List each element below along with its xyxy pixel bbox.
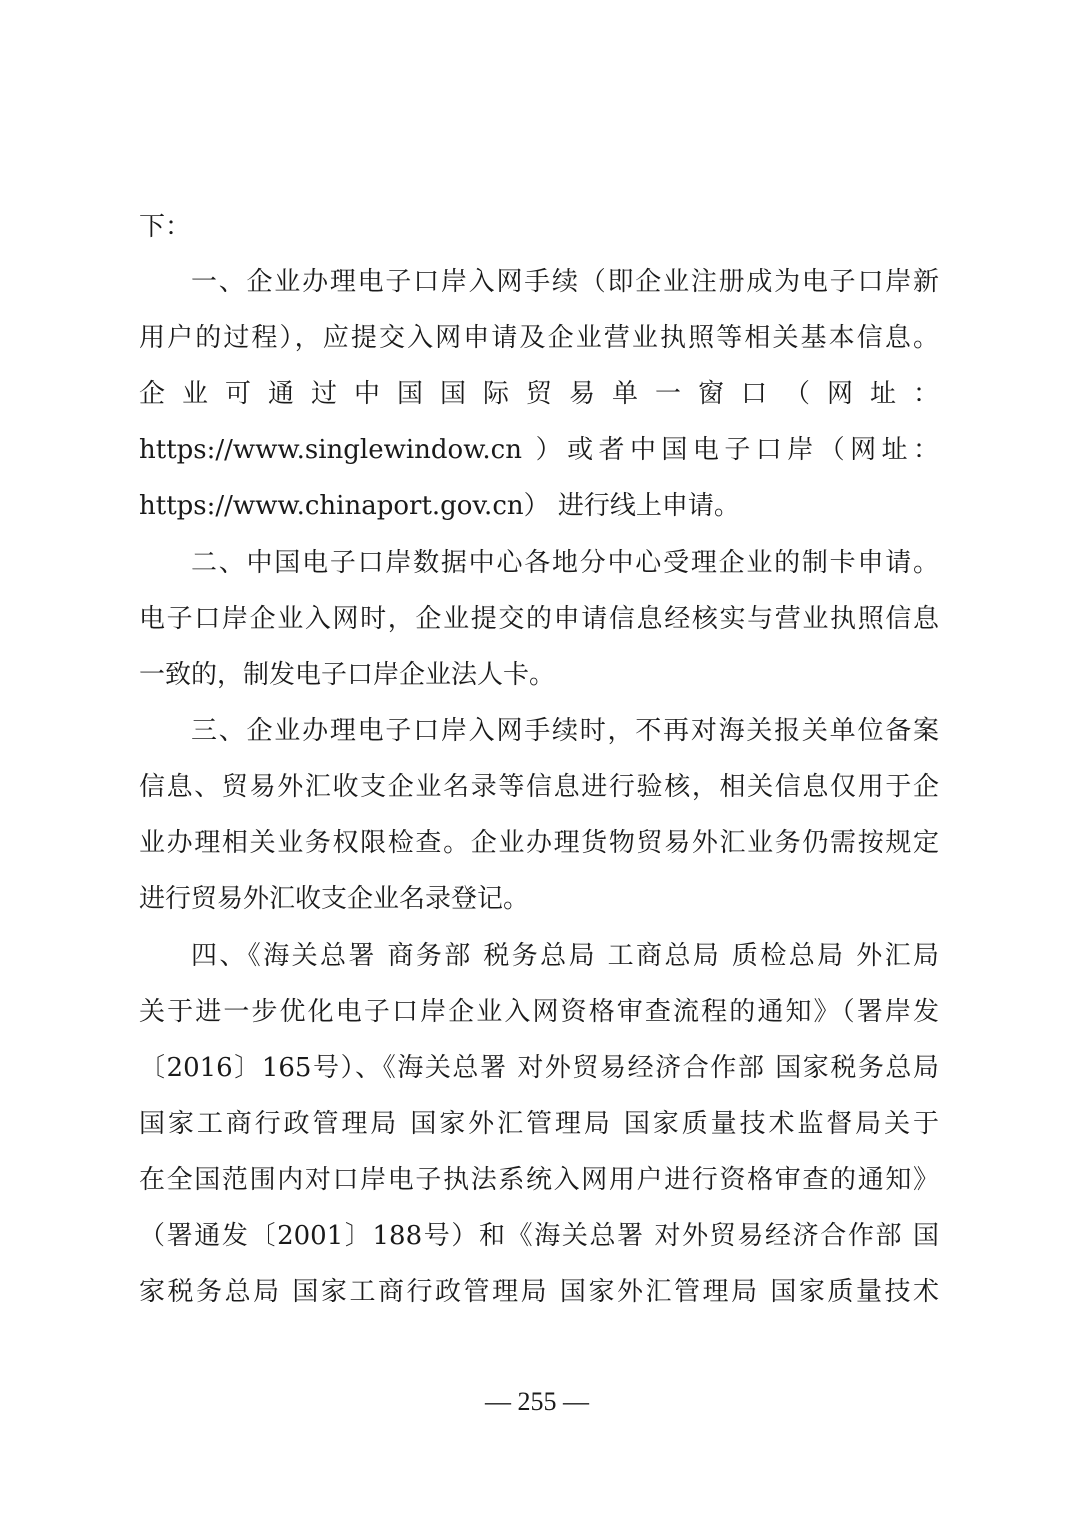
text-line: 二、中国电子口岸数据中心各地分中心受理企业的制卡申请。 (139, 543, 939, 583)
text-line: 〔2016〕165号）、《海关总署 对外贸易经济合作部 国家税务总局 (139, 1048, 939, 1088)
text-line: 国家工商行政管理局 国家外汇管理局 国家质量技术监督局关于 (139, 1104, 939, 1144)
text-line: 一、企业办理电子口岸入网手续（即企业注册成为电子口岸新 (139, 262, 939, 302)
text-line: 电子口岸企业入网时，企业提交的申请信息经核实与营业执照信息 (139, 599, 939, 639)
text-line: https://www.singlewindow.cn ）或者中国电子口岸（网址… (139, 430, 939, 470)
page-number: — 255 — (0, 1384, 1074, 1420)
text-line: https://www.chinaport.gov.cn） 进行线上申请。 (139, 486, 939, 526)
text-line: 在全国范围内对口岸电子执法系统入网用户进行资格审查的通知》 (139, 1160, 939, 1200)
text-line: 信息、贸易外汇收支企业名录等信息进行验核，相关信息仅用于企 (139, 767, 939, 807)
text-line: 三、企业办理电子口岸入网手续时，不再对海关报关单位备案 (139, 711, 939, 751)
text-line: 四、《海关总署 商务部 税务总局 工商总局 质检总局 外汇局 (139, 936, 939, 976)
text-line: 企业可通过中国国际贸易单一窗口（网址： (139, 374, 939, 414)
text-line: （署通发〔2001〕188号）和《海关总署 对外贸易经济合作部 国 (139, 1216, 939, 1256)
text-line: 进行贸易外汇收支企业名录登记。 (139, 879, 939, 919)
text-line: 用户的过程），应提交入网申请及企业营业执照等相关基本信息。 (139, 318, 939, 358)
text-line: 家税务总局 国家工商行政管理局 国家外汇管理局 国家质量技术 (139, 1272, 939, 1312)
document-page: 下：一、企业办理电子口岸入网手续（即企业注册成为电子口岸新用户的过程），应提交入… (0, 0, 1074, 1520)
text-line: 一致的，制发电子口岸企业法人卡。 (139, 655, 939, 695)
text-line: 关于进一步优化电子口岸企业入网资格审查流程的通知》（署岸发 (139, 992, 939, 1032)
text-line: 下： (139, 207, 939, 247)
text-line: 业办理相关业务权限检查。企业办理货物贸易外汇业务仍需按规定 (139, 823, 939, 863)
